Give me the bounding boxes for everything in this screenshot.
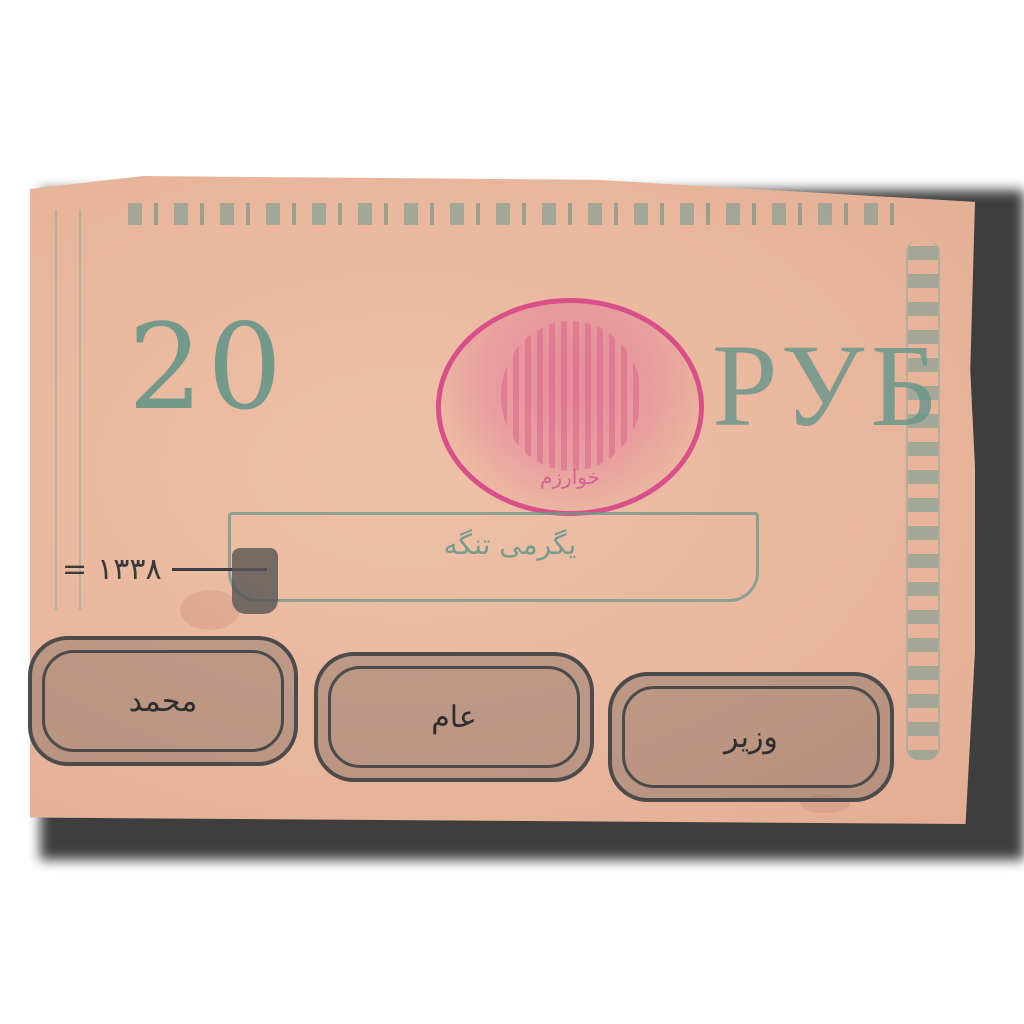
seal-cartouche-center: ﻋﺎﻡ [314,652,594,782]
seal-inscription: ﺧﻮﺍﺭﺯﻡ [441,465,699,489]
official-seal-stamp: ﺧﻮﺍﺭﺯﻡ [436,298,704,516]
ornamental-border-left [55,210,81,610]
seal-emblem-icon [501,321,641,471]
cartouche-inscription: ﻭﺯﯾﺮ [724,720,778,755]
signature-mark [232,548,278,614]
date-prefix-icon: = [62,552,87,587]
cartouche-inscription: ﻋﺎﻡ [431,700,477,735]
seal-cartouche-right: ﻭﺯﯾﺮ [608,672,894,802]
seal-cartouche-left: ﻣﺤﻤﺪ [28,636,298,766]
issue-date: ١٣٣٨ [97,552,161,587]
currency-label: РУБ [712,318,944,454]
denomination-numeral: 20 [128,298,286,436]
cartouche-inscription: ﻣﺤﻤﺪ [129,684,198,719]
ornamental-border-top [120,203,910,225]
paper-stain [180,590,240,630]
scroll-inscription: ﯾﮕﺮﻣﯽ ﺗﻨﮕﻪ [270,528,750,561]
